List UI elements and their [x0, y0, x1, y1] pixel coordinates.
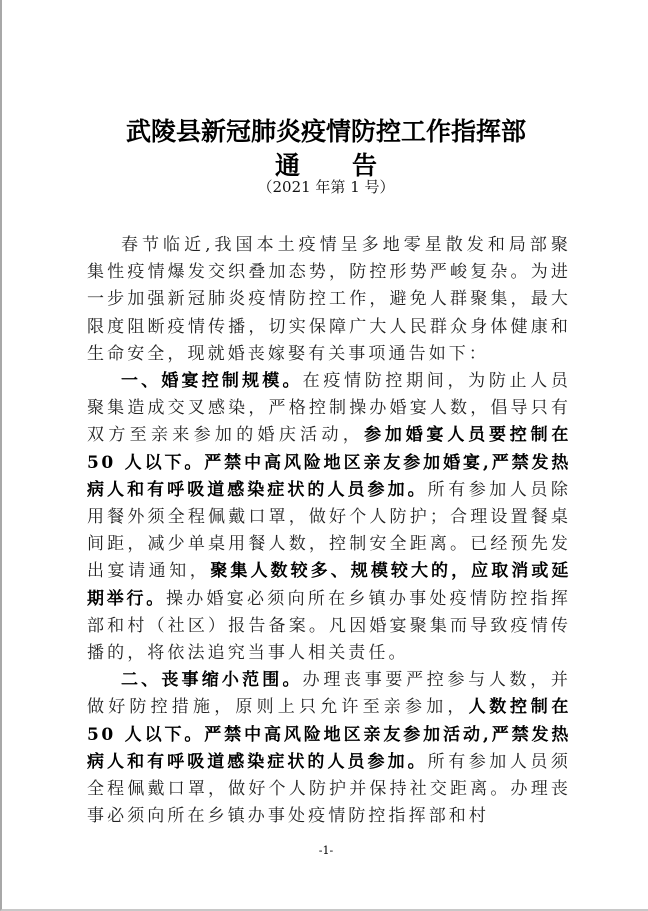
document-page: 武陵县新冠肺炎疫情防控工作指挥部 通告 （2021 年第 1 号） 春节临近,我… [0, 0, 648, 911]
intro-paragraph: 春节临近,我国本土疫情呈多地零星散发和局部聚集性疫情爆发交织叠加态势，防控形势严… [87, 232, 571, 368]
paragraph-text: 春节临近,我国本土疫情呈多地零星散发和局部聚集性疫情爆发交织叠加态势，防控形势严… [87, 235, 571, 364]
document-title: 武陵县新冠肺炎疫情防控工作指挥部 [2, 112, 648, 148]
section-heading: 一、婚宴控制规模。 [121, 371, 303, 391]
document-body: 春节临近,我国本土疫情呈多地零星散发和局部聚集性疫情爆发交织叠加态势，防控形势严… [87, 232, 571, 830]
section-wedding-paragraph: 一、婚宴控制规模。在疫情防控期间，为防止人员聚集造成交叉感染，严格控制操办婚宴人… [87, 368, 571, 667]
section-heading: 二、丧事缩小范围。 [121, 670, 303, 690]
page-number: -1- [2, 844, 648, 857]
section-funeral-paragraph: 二、丧事缩小范围。办理丧事要严控参与人数，并做好防控措施，原则上只允许至亲参加，… [87, 667, 571, 830]
document-number: （2021 年第 1 号） [2, 176, 648, 197]
